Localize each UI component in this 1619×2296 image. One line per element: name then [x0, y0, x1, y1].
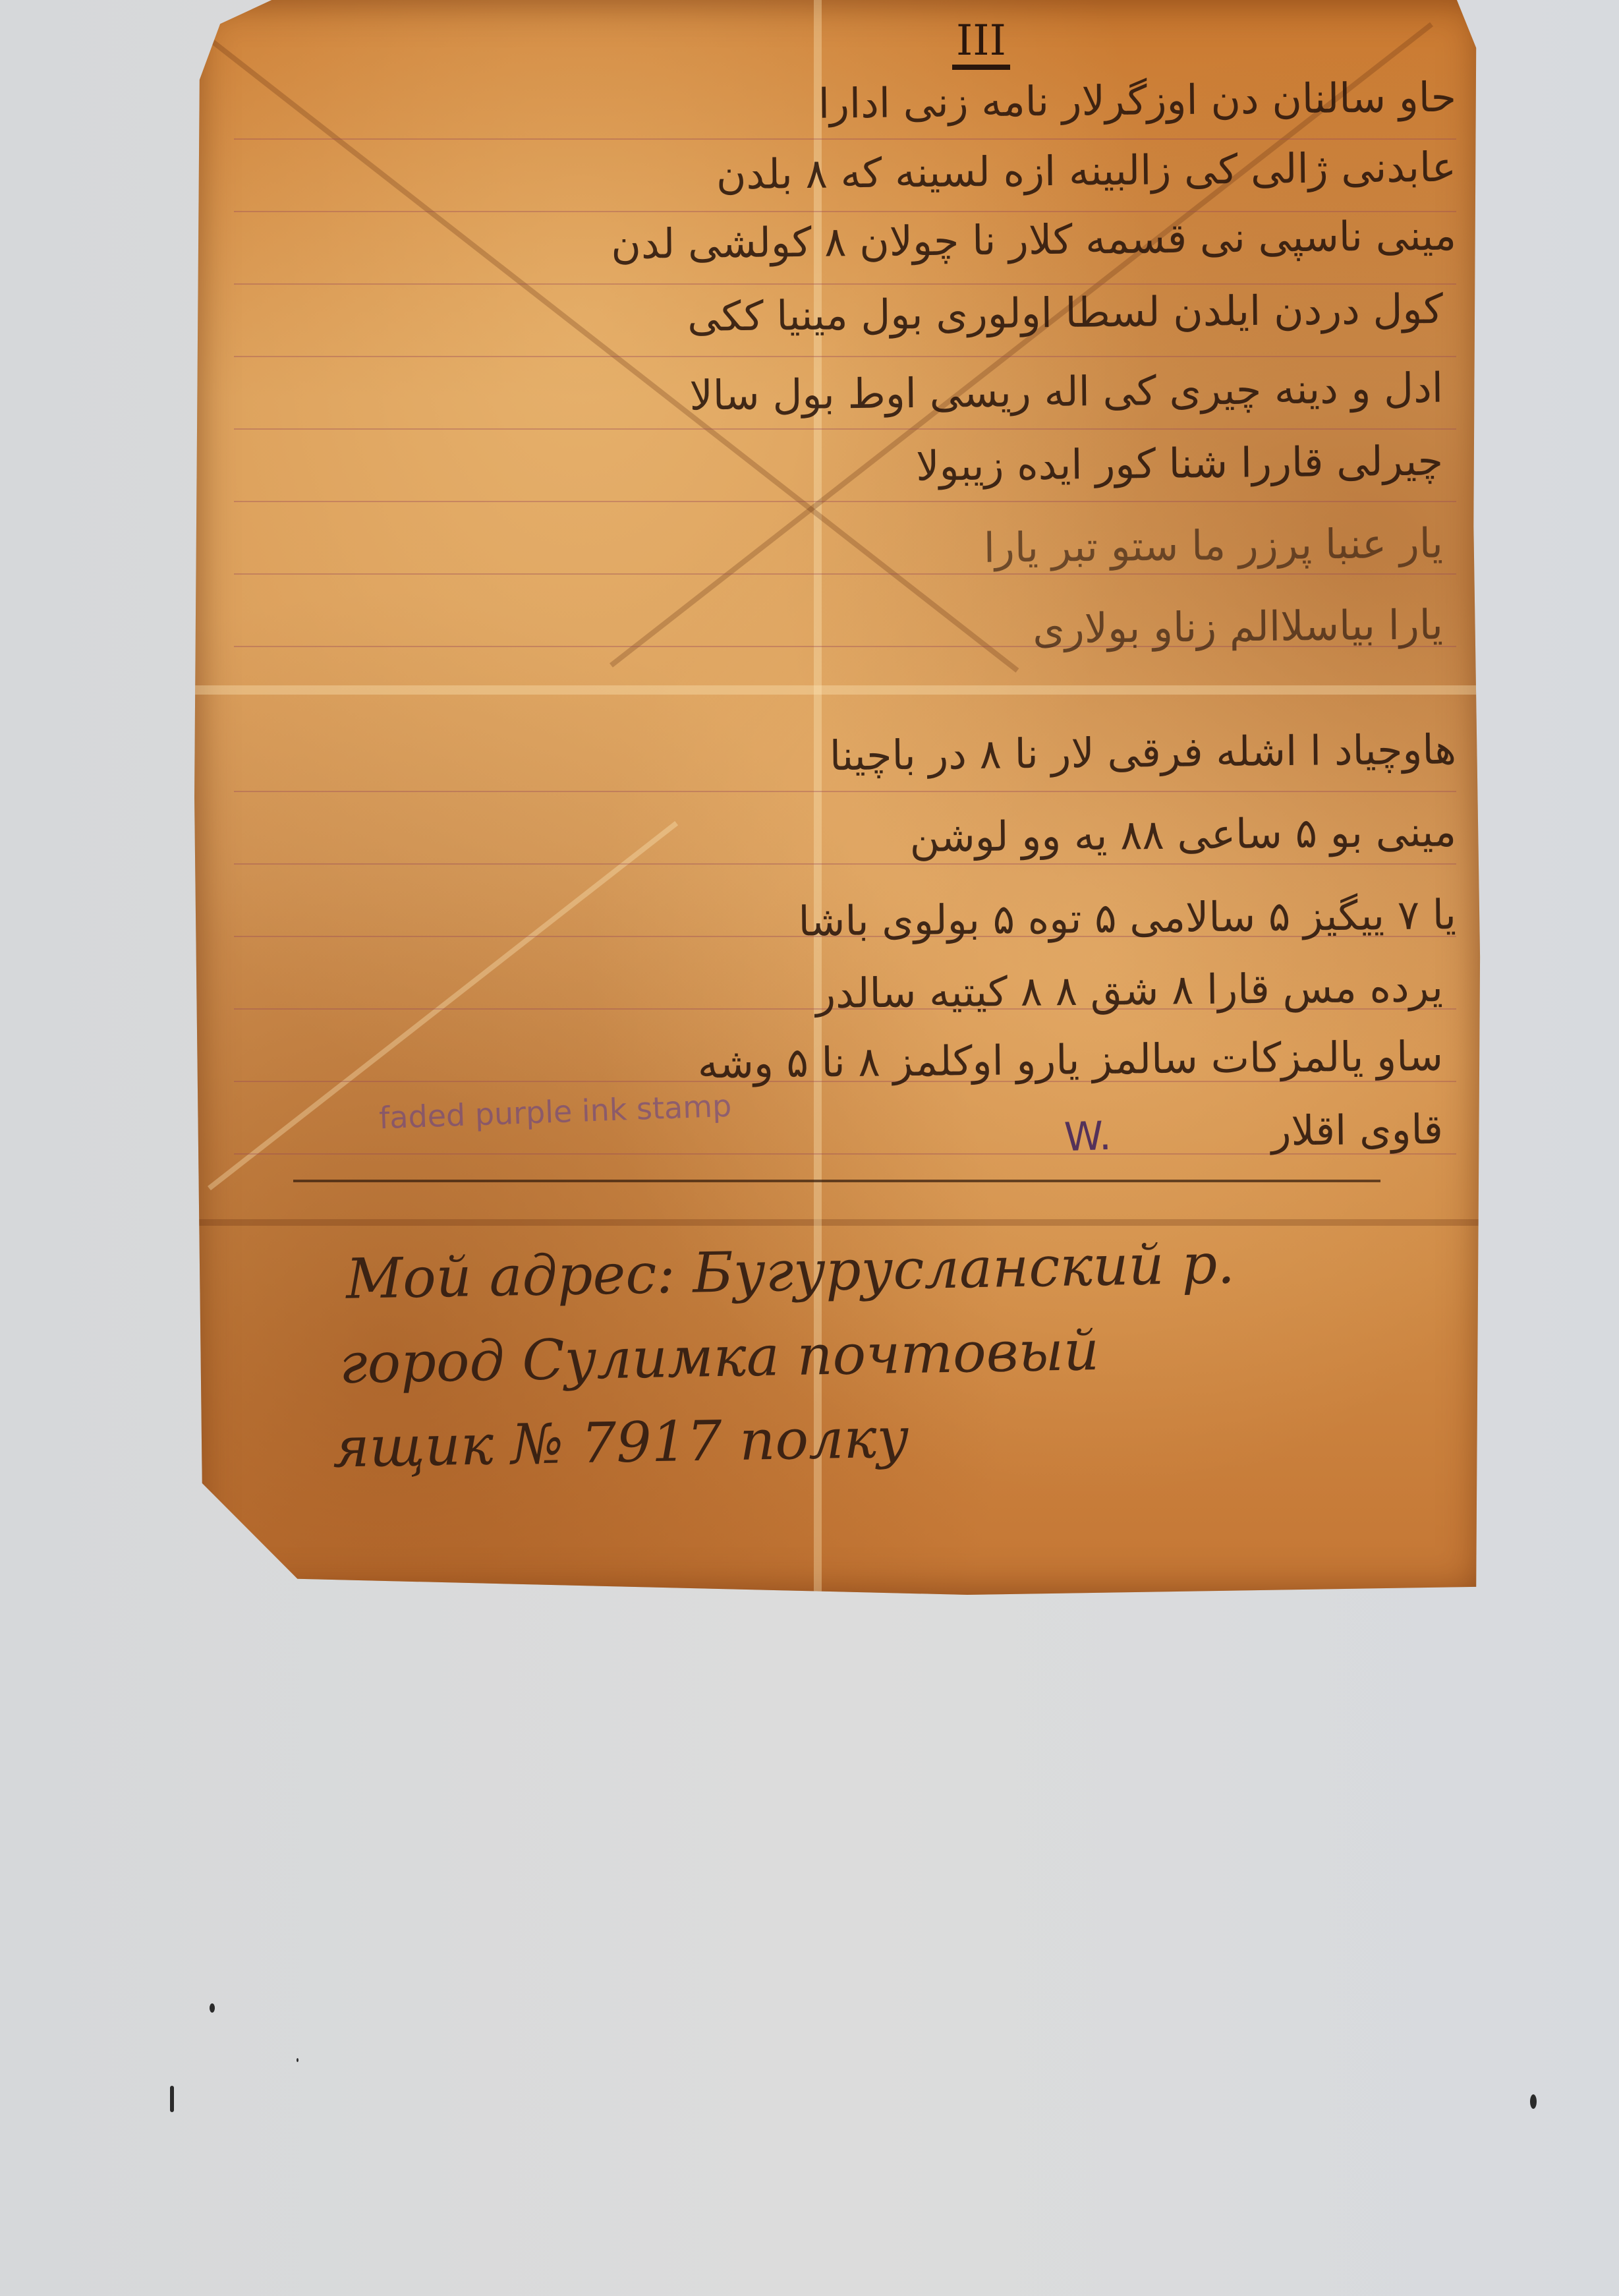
handwritten-line: چیرلی قاررا شنا کور ایده زیبولا: [488, 436, 1444, 494]
separator-line: [293, 1180, 1380, 1182]
handwritten-line: مینی بو ۵ ساعی ۸۸ یه وو لوشن: [237, 807, 1457, 868]
ink-stamp: faded purple ink stamp: [378, 1088, 732, 1136]
ruled-line: [234, 356, 1456, 357]
address-line: город Сулимка почтовый: [339, 1318, 1100, 1396]
fold-crease: [194, 685, 1483, 695]
handwritten-line: یارا بیاسلاالم زناو بولاری: [323, 600, 1444, 660]
ruled-line: [234, 573, 1456, 575]
ruled-line: [234, 791, 1456, 792]
handwritten-line: مینی ناسپی نی قسمه کلار نا چولان ۸ کولشی…: [270, 212, 1457, 272]
page-number-mark: III: [952, 20, 1010, 70]
dust-speck: [1530, 2094, 1537, 2109]
ruled-line: [234, 211, 1456, 212]
handwritten-line: حاو سالنان دن اوزگرلار نامه زنی ادارا: [270, 73, 1457, 134]
dust-speck: [170, 2086, 174, 2112]
letter-paper: III حاو سالنان دن اوزگرلار نامه زنی ادار…: [194, 0, 1483, 1595]
ruled-line: [234, 283, 1456, 285]
handwritten-line: ساو یالمزکات سالمز یارو اوکلمز ۸ نا ۵ وش…: [257, 1032, 1444, 1093]
stamp-mark: W.: [1064, 1113, 1112, 1161]
ruled-line: [234, 138, 1456, 140]
handwritten-line: کول دردن ایلدن لسطا اولوری بول مینیا ککی: [422, 285, 1444, 343]
address-line: Мой адрес: Бугурусланский р.: [345, 1231, 1235, 1311]
handwritten-line: هاوچیاد ا اشله فرقی لار نا ۸ در باچینا: [237, 725, 1457, 786]
ruled-line: [234, 501, 1456, 502]
dust-speck: [297, 2058, 298, 2062]
address-line: ящик № 7917 полку: [332, 1405, 909, 1479]
handwritten-line: یا ۷ ییگیز ۵ سالامی ۵ توه ۵ بولوی باشا: [336, 890, 1457, 950]
handwritten-line: ادل و دینه چیری کی اله ریسی اوط بول سالا: [389, 364, 1444, 423]
handwritten-line: عابدنی ژالی کی زالبینه ازه لسینه که ۸ بل…: [402, 143, 1457, 202]
handwritten-line: یرده مس قارا ۸ شق ۸ ۸ کیتیه سالدر: [323, 963, 1444, 1023]
handwritten-line: یار عنبا پرزر ما ستو تبر یارا: [488, 519, 1444, 577]
fold-crease: [194, 1219, 1483, 1226]
dust-speck: [210, 2003, 215, 2013]
ruled-line: [234, 428, 1456, 430]
